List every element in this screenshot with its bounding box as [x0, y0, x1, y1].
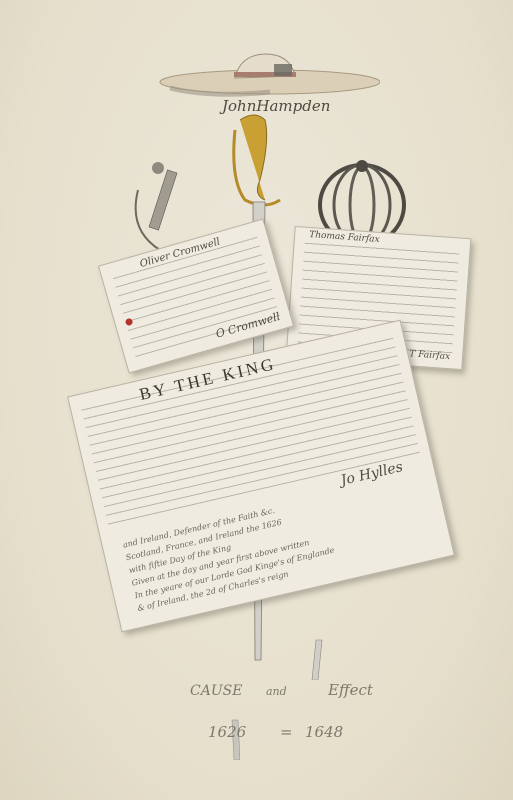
caption-year-1626: 1626: [208, 723, 246, 741]
caption-effect: Effect: [328, 681, 373, 699]
caption-cause: CAUSE: [190, 683, 242, 699]
caption-equals: =: [280, 723, 293, 741]
caption-and: and: [266, 685, 287, 698]
caption-year-1648: 1648: [305, 723, 343, 741]
fairfax-signature: T Fairfax: [409, 349, 450, 362]
